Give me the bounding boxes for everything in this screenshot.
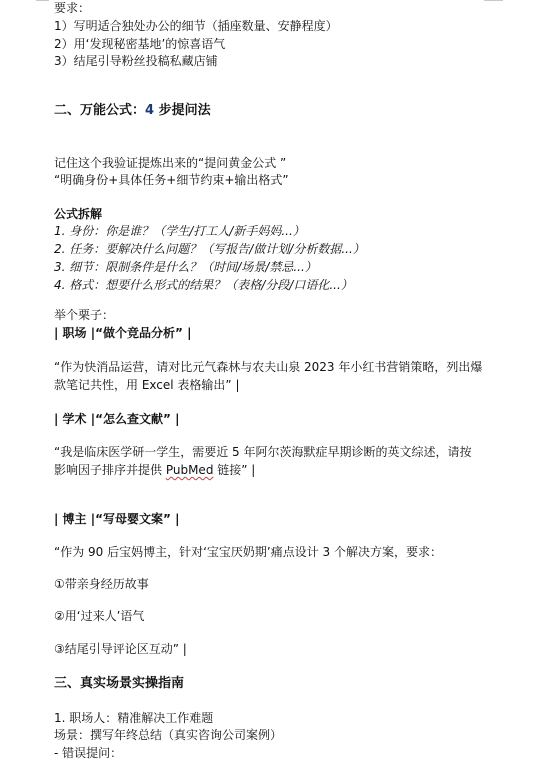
section2-heading: 二、万能公式：4 步提问法 bbox=[54, 103, 211, 119]
requirements-label: 要求： bbox=[54, 0, 90, 16]
spellcheck-flagged-word[interactable]: PubMed bbox=[166, 463, 214, 477]
section2-heading-prefix: 二、万能公式： bbox=[54, 103, 145, 118]
prompt-text: 链接” | bbox=[213, 463, 255, 477]
section3-heading: 三、真实场景实操指南 bbox=[54, 676, 184, 692]
example-tag-blogger: | 博主 |“写母婴文案” | bbox=[54, 511, 179, 527]
formula-intro: 记住这个我验证提炼出来的“提问黄金公式 ” bbox=[54, 155, 286, 171]
example-prompt-academic-cont: 影响因子排序并提供 PubMed 链接” | bbox=[54, 462, 255, 478]
section2-heading-number: 4 bbox=[145, 103, 154, 118]
requirement-item: 2）用‘发现秘密基地’的惊喜语气 bbox=[54, 36, 225, 52]
page-margin-mark-right bbox=[484, 0, 503, 1]
blogger-point: ②用‘过来人’语气 bbox=[54, 608, 144, 624]
breakdown-item: 1. 身份：你是谁？（学生/打工人/新手妈妈...） bbox=[54, 223, 305, 239]
requirement-item: 3）结尾引导粉丝投稿私藏店铺 bbox=[54, 53, 218, 69]
example-prompt-workplace: “作为快消品运营，请对比元气森林与农夫山泉 2023 年小红书营销策略，列出爆 bbox=[54, 359, 482, 375]
breakdown-item: 4. 格式：想要什么形式的结果？（表格/分段/口语化...） bbox=[54, 277, 353, 293]
section3-item-scene: 场景：撰写年终总结（真实咨询公司案例） bbox=[54, 727, 282, 743]
example-prompt-blogger: “作为 90 后宝妈博主，针对‘宝宝厌奶期’痛点设计 3 个解决方案，要求： bbox=[54, 544, 442, 560]
example-label: 举个栗子： bbox=[54, 307, 114, 323]
example-tag-workplace: | 职场 |“做个竞品分析” | bbox=[54, 325, 191, 341]
requirement-item: 1）写明适合独处办公的细节（插座数量、安静程度） bbox=[54, 18, 338, 34]
example-tag-academic: | 学术 |“怎么查文献” | bbox=[54, 411, 179, 427]
section2-heading-suffix: 步提问法 bbox=[154, 103, 211, 118]
section3-item-wrong: - 错误提问： bbox=[54, 745, 122, 761]
example-prompt-workplace-cont: 款笔记共性，用 Excel 表格输出” | bbox=[54, 377, 240, 393]
section3-item-title: 1. 职场人：精准解决工作难题 bbox=[54, 710, 213, 726]
formula-text: “明确身份+具体任务+细节约束+输出格式” bbox=[54, 172, 289, 188]
breakdown-item: 3. 细节：限制条件是什么？（时间/场景/禁忌...） bbox=[54, 259, 317, 275]
breakdown-title: 公式拆解 bbox=[54, 206, 102, 222]
blogger-point: ①带亲身经历故事 bbox=[54, 576, 149, 592]
breakdown-item: 2. 任务：要解决什么问题？（写报告/做计划/分析数据...） bbox=[54, 241, 365, 257]
page-margin-mark-left bbox=[36, 0, 49, 1]
blogger-point: ③结尾引导评论区互动” | bbox=[54, 641, 187, 657]
example-prompt-academic: “我是临床医学研一学生，需要近 5 年阿尔茨海默症早期诊断的英文综述，请按 bbox=[54, 444, 471, 460]
prompt-text: 影响因子排序并提供 bbox=[54, 463, 166, 477]
